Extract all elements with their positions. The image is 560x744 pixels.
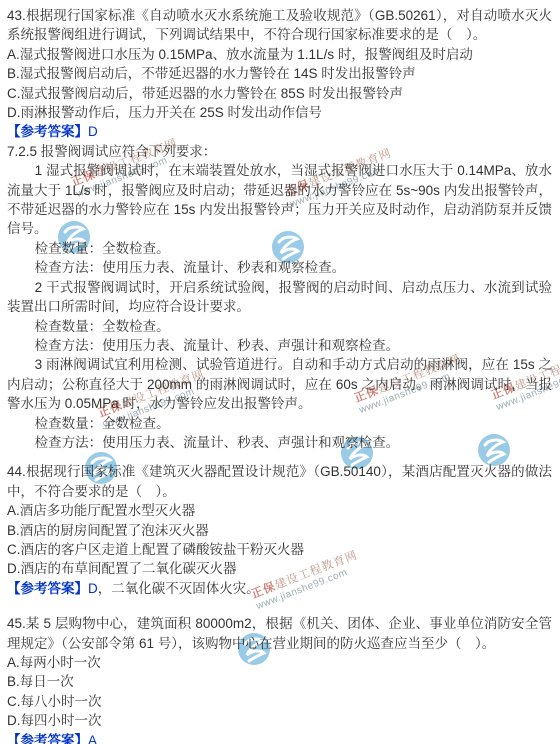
option-item: D.每四小时一次 <box>7 711 552 730</box>
answer-line: 【参考答案】D <box>7 122 552 141</box>
explanation-paragraph: 检查数量：全数检查。 <box>7 414 552 433</box>
explanation-paragraph: 7.2.5 报警阀调试应符合下列要求： <box>7 142 552 161</box>
explanation-paragraph: 1 湿式报警阀调试时，在末端装置处放水，当湿式报警阀进口水压大于 0.14MPa… <box>7 161 552 239</box>
answer-line: 【参考答案】D，二氧化碳不灭固体火灾。 <box>7 579 552 598</box>
spacer <box>7 452 552 462</box>
content: 43.根据现行国家标准《自动喷水灭水系统施工及验收规范》（GB.50261），对… <box>0 0 560 744</box>
question-block: 43.根据现行国家标准《自动喷水灭水系统施工及验收规范》（GB.50261），对… <box>7 6 552 452</box>
answer-label: 【参考答案】 <box>7 124 88 139</box>
option-item: A.湿式报警阀进口水压为 0.15MPa、放水流量为 1.1L/s 时，报警阀组… <box>7 45 552 64</box>
option-item: B.每日一次 <box>7 672 552 691</box>
answer-value: D <box>88 581 98 596</box>
explanation-paragraph: 检查数量：全数检查。 <box>7 239 552 258</box>
option-item: A.每两小时一次 <box>7 653 552 672</box>
exam-page: 正保建设工程教育网www.jianshe99.com正保建设工程教育网www.j… <box>0 0 560 744</box>
spacer <box>7 598 552 614</box>
option-item: D.雨淋报警动作后，压力开关在 25S 时发出动作信号 <box>7 103 552 122</box>
answer-label: 【参考答案】 <box>7 581 88 596</box>
option-item: D.酒店的布草间配置了二氧化碳灭火器 <box>7 559 552 578</box>
question-stem: 45.某 5 层购物中心，建筑面积 80000m2，根据《机关、团体、企业、事业… <box>7 614 552 653</box>
answer-label: 【参考答案】 <box>7 733 88 744</box>
answer-line: 【参考答案】A <box>7 731 552 744</box>
option-item: C.每八小时一次 <box>7 692 552 711</box>
answer-note: ，二氧化碳不灭固体火灾。 <box>98 581 260 596</box>
answer-value: D <box>88 124 98 139</box>
explanation-paragraph: 检查方法：使用压力表、流量计、秒表、声强计和观察检查。 <box>7 336 552 355</box>
explanation-paragraph: 检查方法：使用压力表、流量计、秒表、声强计和观察检查。 <box>7 433 552 452</box>
question-stem: 43.根据现行国家标准《自动喷水灭水系统施工及验收规范》（GB.50261），对… <box>7 6 552 45</box>
explanation-paragraph: 检查方法：使用压力表、流量计、秒表和观察检查。 <box>7 258 552 277</box>
explanation-paragraph: 2 干式报警阀调试时，开启系统试验阀，报警阀的启动时间、启动点压力、水流到试验装… <box>7 278 552 317</box>
option-item: C.酒店的客户区走道上配置了磷酸铵盐干粉灭火器 <box>7 540 552 559</box>
explanation-paragraph: 3 雨淋阀调试宜利用检测、试验管道进行。自动和手动方式启动的雨淋阀，应在 15s… <box>7 355 552 413</box>
option-item: C.湿式报警阀启动后，带延迟器的水力警铃在 85S 时发出报警铃声 <box>7 84 552 103</box>
answer-value: A <box>88 733 97 744</box>
question-block: 44.根据现行国家标准《建筑灭火器配置设计规范》（GB.50140），某酒店配置… <box>7 462 552 598</box>
question-block: 45.某 5 层购物中心，建筑面积 80000m2，根据《机关、团体、企业、事业… <box>7 614 552 744</box>
question-stem: 44.根据现行国家标准《建筑灭火器配置设计规范》（GB.50140），某酒店配置… <box>7 462 552 501</box>
option-item: B.酒店的厨房间配置了泡沫灭火器 <box>7 521 552 540</box>
option-item: A.酒店多功能厅配置水型灭火器 <box>7 501 552 520</box>
option-item: B.湿式报警阀启动后，不带延迟器的水力警铃在 14S 时发出报警铃声 <box>7 64 552 83</box>
explanation-paragraph: 检查数量：全数检查。 <box>7 317 552 336</box>
